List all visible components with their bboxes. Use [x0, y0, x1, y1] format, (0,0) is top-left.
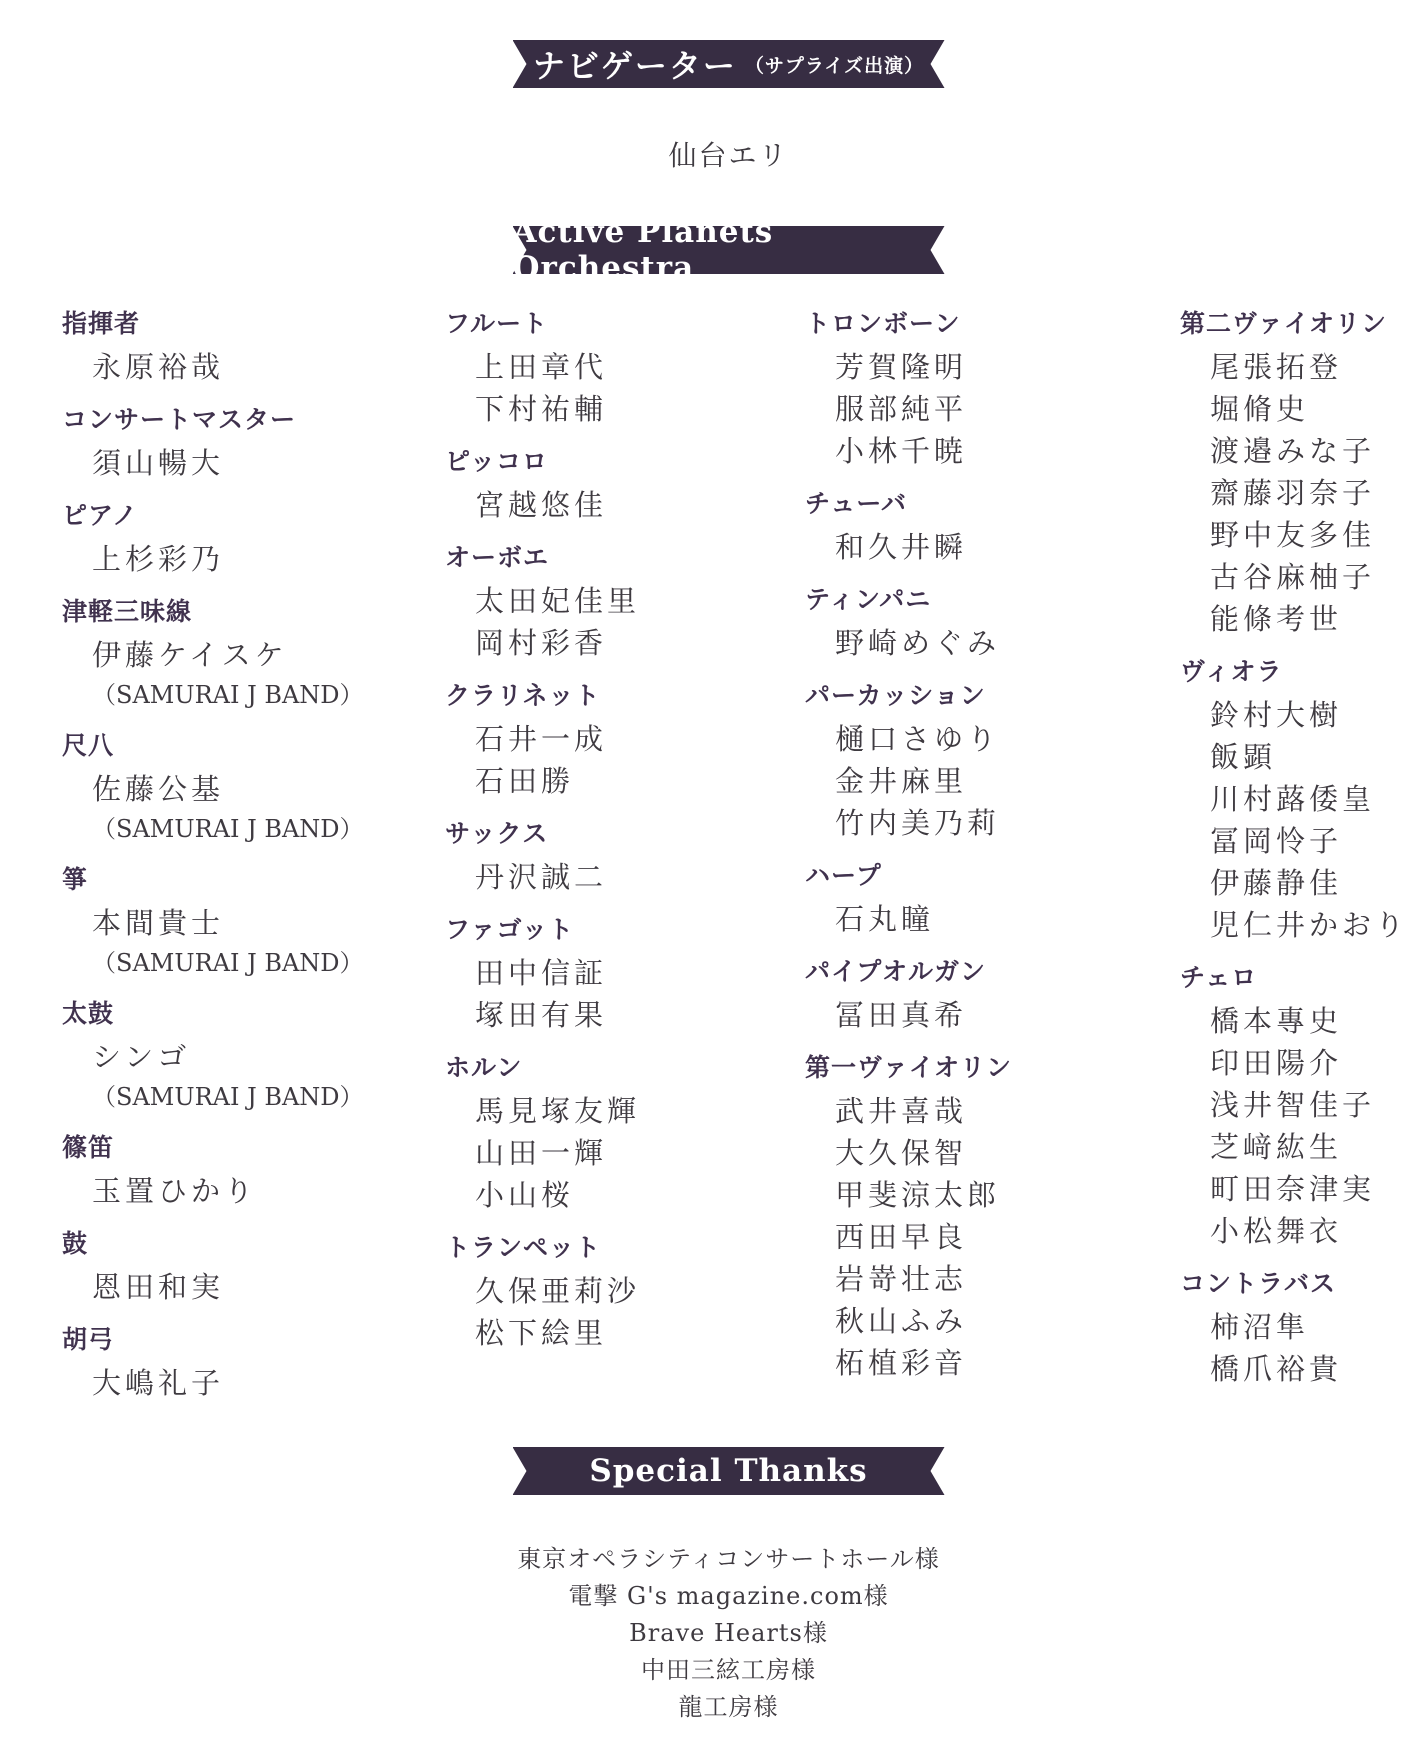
member-name: 竹内美乃莉 [805, 802, 1180, 844]
instrument-name: ヴィオラ [1180, 654, 1408, 690]
member-name: 松下絵里 [445, 1312, 805, 1354]
member-name: 武井喜哉 [805, 1090, 1180, 1132]
instrument-section: フルート上田章代下村祐輔 [445, 306, 805, 430]
member-name: 馬見塚友輝 [445, 1090, 805, 1132]
instrument-section: チェロ橋本專史印田陽介浅井智佳子芝﨑紘生町田奈津実小松舞衣 [1180, 960, 1408, 1252]
member-name: 秋山ふみ [805, 1300, 1180, 1342]
member-name: 尾張拓登 [1180, 346, 1408, 388]
member-name: 冨田真希 [805, 994, 1180, 1036]
instrument-name: トランペット [445, 1230, 805, 1266]
instrument-name: チェロ [1180, 960, 1408, 996]
instrument-name: ピアノ [62, 498, 445, 534]
instrument-name: トロンボーン [805, 306, 1180, 342]
instrument-name: パイプオルガン [805, 954, 1180, 990]
orchestra-column: 指揮者永原裕哉コンサートマスター須山暢大ピアノ上杉彩乃津軽三味線伊藤ケイスケ（S… [62, 306, 445, 1418]
instrument-section: ティンパニ野崎めぐみ [805, 582, 1180, 664]
member-name: 能條考世 [1180, 598, 1408, 640]
special-thanks-ribbon-row: Special Thanks [20, 1447, 1417, 1495]
member-name: 橋本專史 [1180, 1000, 1408, 1042]
instrument-section: 尺八佐藤公基（SAMURAI J BAND） [62, 728, 445, 848]
member-name: 柘植彩音 [805, 1342, 1180, 1384]
member-name: 丹沢誠二 [445, 856, 805, 898]
instrument-name: ハープ [805, 858, 1180, 894]
member-affiliation: （SAMURAI J BAND） [62, 810, 445, 848]
instrument-name: 篠笛 [62, 1130, 445, 1166]
member-name: 石田勝 [445, 760, 805, 802]
instrument-section: 鼓恩田和実 [62, 1226, 445, 1308]
thanks-entry: Brave Hearts様 [20, 1615, 1417, 1652]
instrument-name: 胡弓 [62, 1322, 445, 1358]
navigator-ribbon-title: ナビゲーター [533, 41, 737, 87]
instrument-section: ヴィオラ鈴村大樹飯顕川村蕗倭皇冨岡怜子伊藤静佳児仁井かおり [1180, 654, 1408, 946]
orchestra-column: 第二ヴァイオリン尾張拓登堀脩史渡邉みな子齋藤羽奈子野中友多佳古谷麻柚子能條考世ヴ… [1180, 306, 1408, 1404]
member-name: 上杉彩乃 [62, 538, 445, 580]
member-name: 恩田和実 [62, 1266, 445, 1308]
member-name: 服部純平 [805, 388, 1180, 430]
thanks-entry: 東京オペラシティコンサートホール様 [20, 1541, 1417, 1578]
instrument-section: クラリネット石井一成石田勝 [445, 678, 805, 802]
member-name: 岩嵜壮志 [805, 1258, 1180, 1300]
instrument-name: 第二ヴァイオリン [1180, 306, 1408, 342]
instrument-name: 箏 [62, 862, 445, 898]
instrument-section: 指揮者永原裕哉 [62, 306, 445, 388]
member-name: 齋藤羽奈子 [1180, 472, 1408, 514]
instrument-section: 第一ヴァイオリン武井喜哉大久保智甲斐涼太郎西田早良岩嵜壮志秋山ふみ柘植彩音 [805, 1050, 1180, 1384]
instrument-section: ホルン馬見塚友輝山田一輝小山桜 [445, 1050, 805, 1216]
navigator-ribbon-note: （サプライズ出演） [745, 51, 924, 78]
instrument-name: ファゴット [445, 912, 805, 948]
instrument-section: コンサートマスター須山暢大 [62, 402, 445, 484]
instrument-section: 第二ヴァイオリン尾張拓登堀脩史渡邉みな子齋藤羽奈子野中友多佳古谷麻柚子能條考世 [1180, 306, 1408, 640]
member-name: 田中信証 [445, 952, 805, 994]
instrument-section: オーボエ太田妃佳里岡村彩香 [445, 540, 805, 664]
member-name: シンゴ [62, 1036, 445, 1078]
member-name: 太田妃佳里 [445, 580, 805, 622]
thanks-entry: 龍工房様 [20, 1689, 1417, 1726]
thanks-entry: 中田三絃工房様 [20, 1652, 1417, 1689]
member-name: 宮越悠佳 [445, 484, 805, 526]
member-name: 印田陽介 [1180, 1042, 1408, 1084]
navigator-ribbon: ナビゲーター （サプライズ出演） [513, 40, 945, 88]
instrument-section: 胡弓大嶋礼子 [62, 1322, 445, 1404]
instrument-name: ホルン [445, 1050, 805, 1086]
instrument-name: オーボエ [445, 540, 805, 576]
instrument-name: コントラバス [1180, 1266, 1408, 1302]
special-thanks-ribbon: Special Thanks [513, 1447, 945, 1495]
orchestra-column: トロンボーン芳賀隆明服部純平小林千暁チューバ和久井瞬ティンパニ野崎めぐみパーカッ… [805, 306, 1180, 1398]
orchestra-roster: 指揮者永原裕哉コンサートマスター須山暢大ピアノ上杉彩乃津軽三味線伊藤ケイスケ（S… [0, 306, 1417, 1447]
member-name: 野崎めぐみ [805, 622, 1180, 664]
special-thanks-ribbon-title: Special Thanks [589, 1453, 867, 1489]
instrument-section: トランペット久保亜莉沙松下絵里 [445, 1230, 805, 1354]
member-name: 上田章代 [445, 346, 805, 388]
member-affiliation: （SAMURAI J BAND） [62, 944, 445, 982]
member-name: 堀脩史 [1180, 388, 1408, 430]
member-name: 児仁井かおり [1180, 904, 1408, 946]
member-name: 柿沼隼 [1180, 1306, 1408, 1348]
member-name: 芳賀隆明 [805, 346, 1180, 388]
special-thanks-list: 東京オペラシティコンサートホール様電撃 G's magazine.com様Bra… [20, 1541, 1417, 1726]
member-name: 石丸瞳 [805, 898, 1180, 940]
member-name: 久保亜莉沙 [445, 1270, 805, 1312]
member-name: 塚田有果 [445, 994, 805, 1036]
member-name: 芝﨑紘生 [1180, 1126, 1408, 1168]
instrument-section: 箏本間貴士（SAMURAI J BAND） [62, 862, 445, 982]
instrument-name: 尺八 [62, 728, 445, 764]
member-name: 町田奈津実 [1180, 1168, 1408, 1210]
member-name: 大久保智 [805, 1132, 1180, 1174]
instrument-name: 鼓 [62, 1226, 445, 1262]
navigator-name: 仙台エリ [20, 134, 1417, 174]
member-name: 甲斐涼太郎 [805, 1174, 1180, 1216]
instrument-name: フルート [445, 306, 805, 342]
member-name: 野中友多佳 [1180, 514, 1408, 556]
instrument-section: ファゴット田中信証塚田有果 [445, 912, 805, 1036]
instrument-name: 太鼓 [62, 996, 445, 1032]
instrument-name: 指揮者 [62, 306, 445, 342]
instrument-name: コンサートマスター [62, 402, 445, 438]
orchestra-ribbon: Active Planets Orchestra [513, 226, 945, 274]
member-name: 金井麻里 [805, 760, 1180, 802]
thanks-entry: 電撃 G's magazine.com様 [20, 1578, 1417, 1615]
member-name: 伊藤静佳 [1180, 862, 1408, 904]
member-name: 和久井瞬 [805, 526, 1180, 568]
member-name: 永原裕哉 [62, 346, 445, 388]
instrument-section: サックス丹沢誠二 [445, 816, 805, 898]
instrument-name: 第一ヴァイオリン [805, 1050, 1180, 1086]
member-name: 岡村彩香 [445, 622, 805, 664]
member-name: 古谷麻柚子 [1180, 556, 1408, 598]
instrument-section: ハープ石丸瞳 [805, 858, 1180, 940]
instrument-name: クラリネット [445, 678, 805, 714]
instrument-section: ピッコロ宮越悠佳 [445, 444, 805, 526]
member-name: 鈴村大樹 [1180, 694, 1408, 736]
member-name: 玉置ひかり [62, 1170, 445, 1212]
credits-page: ナビゲーター （サプライズ出演） 仙台エリ Active Planets Orc… [0, 0, 1417, 1748]
instrument-section: パーカッション樋口さゆり金井麻里竹内美乃莉 [805, 678, 1180, 844]
member-name: 西田早良 [805, 1216, 1180, 1258]
instrument-section: チューバ和久井瞬 [805, 486, 1180, 568]
instrument-name: サックス [445, 816, 805, 852]
member-name: 冨岡怜子 [1180, 820, 1408, 862]
member-name: 山田一輝 [445, 1132, 805, 1174]
member-affiliation: （SAMURAI J BAND） [62, 1078, 445, 1116]
member-name: 橋爪裕貴 [1180, 1348, 1408, 1390]
instrument-section: パイプオルガン冨田真希 [805, 954, 1180, 1036]
member-name: 本間貴士 [62, 902, 445, 944]
orchestra-ribbon-row: Active Planets Orchestra [20, 226, 1417, 274]
instrument-section: トロンボーン芳賀隆明服部純平小林千暁 [805, 306, 1180, 472]
member-name: 浅井智佳子 [1180, 1084, 1408, 1126]
instrument-section: 篠笛玉置ひかり [62, 1130, 445, 1212]
member-name: 小山桜 [445, 1174, 805, 1216]
orchestra-column: フルート上田章代下村祐輔ピッコロ宮越悠佳オーボエ太田妃佳里岡村彩香クラリネット石… [445, 306, 805, 1368]
member-name: 須山暢大 [62, 442, 445, 484]
member-name: 佐藤公基 [62, 768, 445, 810]
instrument-name: 津軽三味線 [62, 594, 445, 630]
member-name: 小林千暁 [805, 430, 1180, 472]
instrument-section: コントラバス柿沼隼橋爪裕貴 [1180, 1266, 1408, 1390]
instrument-section: 太鼓シンゴ（SAMURAI J BAND） [62, 996, 445, 1116]
member-name: 飯顕 [1180, 736, 1408, 778]
member-name: 石井一成 [445, 718, 805, 760]
instrument-name: ティンパニ [805, 582, 1180, 618]
member-name: 樋口さゆり [805, 718, 1180, 760]
orchestra-ribbon-title: Active Planets Orchestra [513, 214, 945, 286]
instrument-section: ピアノ上杉彩乃 [62, 498, 445, 580]
instrument-name: チューバ [805, 486, 1180, 522]
member-name: 渡邉みな子 [1180, 430, 1408, 472]
member-name: 川村蕗倭皇 [1180, 778, 1408, 820]
instrument-name: ピッコロ [445, 444, 805, 480]
member-name: 下村祐輔 [445, 388, 805, 430]
member-affiliation: （SAMURAI J BAND） [62, 676, 445, 714]
member-name: 小松舞衣 [1180, 1210, 1408, 1252]
instrument-section: 津軽三味線伊藤ケイスケ（SAMURAI J BAND） [62, 594, 445, 714]
instrument-name: パーカッション [805, 678, 1180, 714]
member-name: 大嶋礼子 [62, 1362, 445, 1404]
member-name: 伊藤ケイスケ [62, 634, 445, 676]
navigator-ribbon-row: ナビゲーター （サプライズ出演） [20, 40, 1417, 88]
